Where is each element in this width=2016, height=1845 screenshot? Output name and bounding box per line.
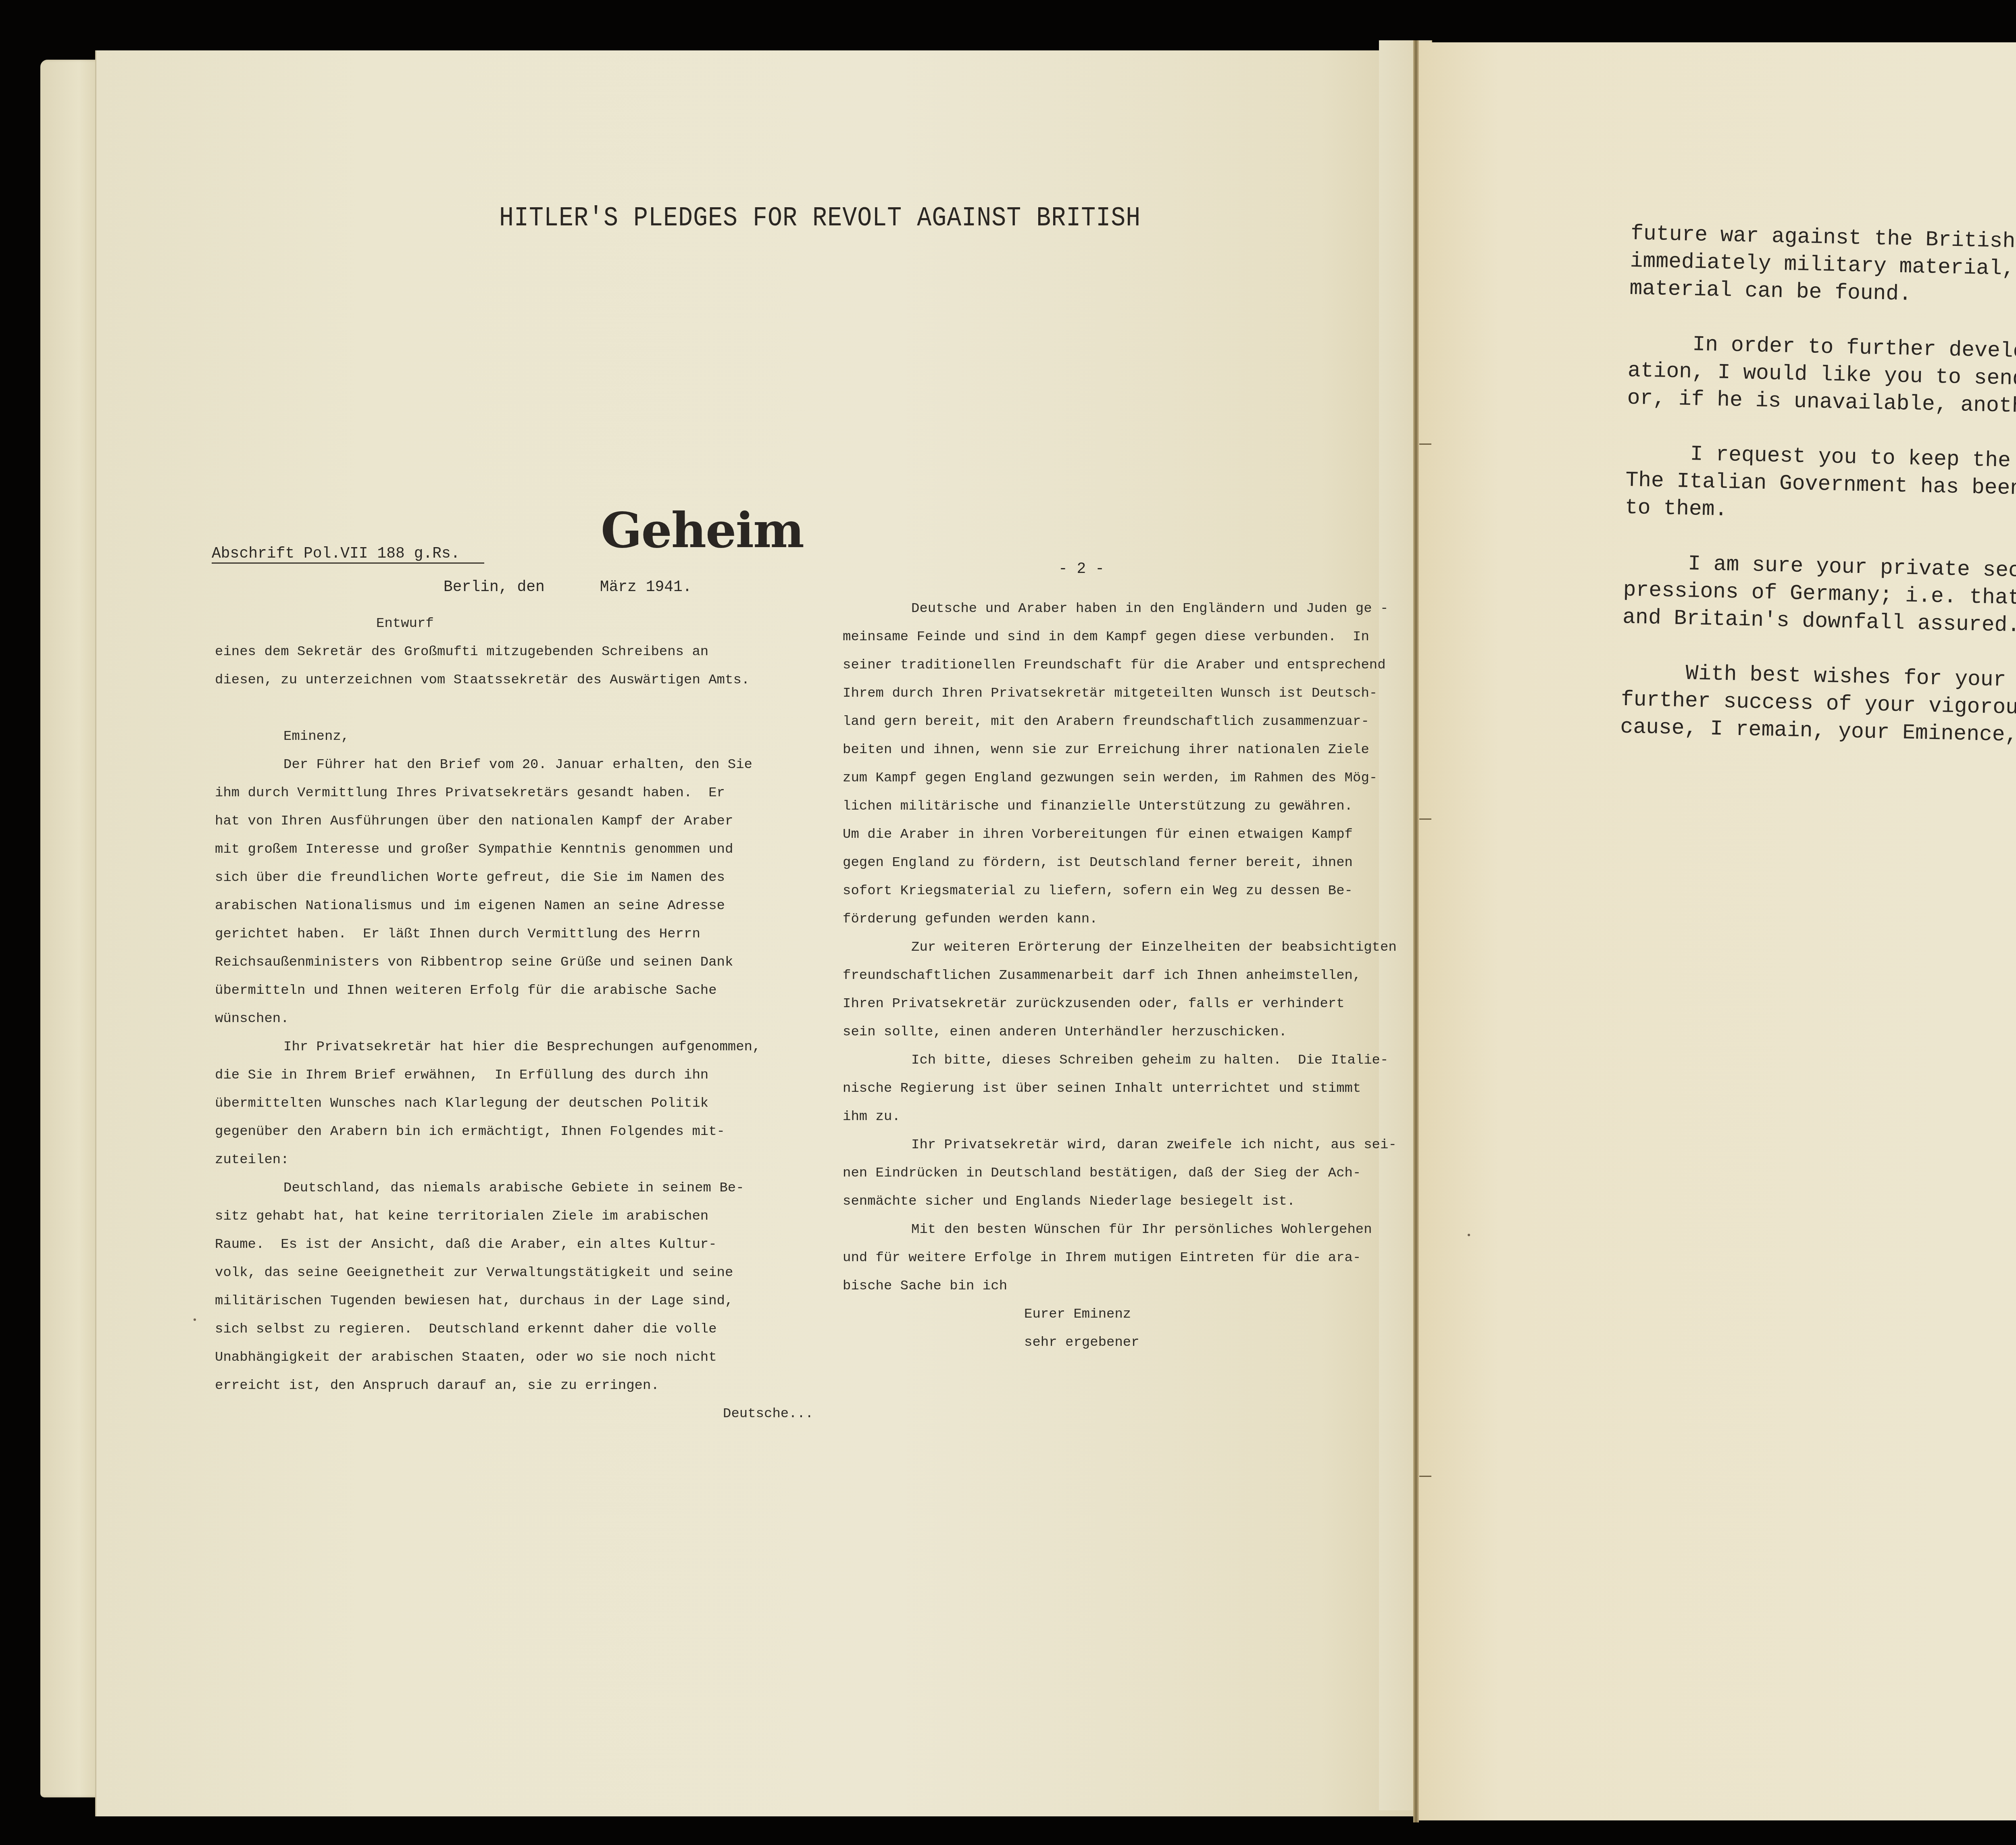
text-line: gegen England zu fördern, ist Deutschlan… — [843, 849, 1397, 877]
file-reference: Abschrift Pol.VII 188 g.Rs. — [212, 545, 484, 564]
text-line: seiner traditionellen Freundschaft für d… — [843, 651, 1397, 679]
text-line: militärischen Tugenden bewiesen hat, dur… — [215, 1287, 813, 1315]
text-line: Ihr Privatsekretär hat hier die Besprech… — [215, 1033, 813, 1061]
paragraph: I request you to keep the contents of th… — [1624, 439, 2016, 540]
paragraph: In order to further develop the details … — [1627, 329, 2016, 431]
catchword: Deutsche... — [215, 1400, 813, 1428]
paragraph: I am sure your private secretary will in… — [1622, 549, 2016, 650]
text-line: sein sollte, einen anderen Unterhändler … — [843, 1018, 1397, 1046]
text-line: Reichsaußenministers von Ribbentrop sein… — [215, 948, 813, 977]
text-line: sich über die freundlichen Worte gefreut… — [215, 864, 813, 892]
closing-line: Eurer Eminenz — [843, 1300, 1397, 1329]
text-line: Um die Araber in ihren Vorbereitungen fü… — [843, 820, 1397, 849]
paper-speck — [1468, 1234, 1470, 1236]
text-line: freundschaftlichen Zusammenarbeit darf i… — [843, 962, 1397, 990]
text-line: Mit den besten Wünschen für Ihr persönli… — [843, 1216, 1397, 1244]
gutter-mark — [1419, 444, 1431, 445]
text-line: diesen, zu unterzeichnen vom Staatssekre… — [215, 666, 813, 694]
gutter-mark — [1419, 818, 1431, 820]
text-line: die Sie in Ihrem Brief erwähnen, In Erfü… — [215, 1061, 813, 1089]
text-line: sofort Kriegsmaterial zu liefern, sofern… — [843, 877, 1397, 905]
gutter-mark — [1419, 1476, 1431, 1477]
text-line: wünschen. — [215, 1005, 813, 1033]
text-line: zuteilen: — [215, 1146, 813, 1174]
salutation: Eminenz, — [215, 723, 813, 751]
text-line: mit großem Interesse und großer Sympathi… — [215, 835, 813, 864]
closing-line: sehr ergebener — [843, 1329, 1397, 1357]
text-line: Zur weiteren Erörterung der Einzelheiten… — [843, 933, 1397, 962]
text-line: Der Führer hat den Brief vom 20. Januar … — [215, 751, 813, 779]
text-line: Deutsche und Araber haben in den Engländ… — [843, 595, 1397, 623]
text-line: Ich bitte, dieses Schreiben geheim zu ha… — [843, 1046, 1397, 1075]
german-text-column-2: Deutsche und Araber haben in den Engländ… — [843, 595, 1397, 1357]
english-translation: future war against the British, Germany … — [1620, 220, 2016, 787]
book-gutter — [1413, 40, 1419, 1822]
text-line: hat von Ihren Ausführungen über den nati… — [215, 807, 813, 835]
text-line: Ihr Privatsekretär wird, daran zweifele … — [843, 1131, 1397, 1159]
paragraph: With best wishes for your personal well-… — [1620, 658, 2016, 760]
document-title: HITLER'S PLEDGES FOR REVOLT AGAINST BRIT… — [499, 203, 1141, 234]
secret-stamp: Geheim — [601, 502, 804, 559]
text-line: nen Eindrücken in Deutschland bestätigen… — [843, 1159, 1397, 1187]
text-line — [215, 694, 813, 723]
text-line: förderung gefunden werden kann. — [843, 905, 1397, 933]
text-line: nische Regierung ist über seinen Inhalt … — [843, 1075, 1397, 1103]
text-line: und für weitere Erfolge in Ihrem mutigen… — [843, 1244, 1397, 1272]
text-line: beiten und ihnen, wenn sie zur Erreichun… — [843, 736, 1397, 764]
text-line: Raume. Es ist der Ansicht, daß die Arabe… — [215, 1231, 813, 1259]
text-line: volk, das seine Geeignetheit zur Verwalt… — [215, 1259, 813, 1287]
page-number: - 2 - — [1058, 560, 1104, 578]
paper-speck — [194, 1318, 196, 1321]
text-line: lichen militärische und finanzielle Unte… — [843, 792, 1397, 820]
text-line: ihm zu. — [843, 1103, 1397, 1131]
text-line: senmächte sicher und Englands Niederlage… — [843, 1187, 1397, 1216]
text-line: sitz gehabt hat, hat keine territorialen… — [215, 1202, 813, 1231]
text-line: sich selbst zu regieren. Deutschland erk… — [215, 1315, 813, 1343]
text-line: Deutschland, das niemals arabische Gebie… — [215, 1174, 813, 1202]
paragraph: future war against the British, Germany … — [1629, 220, 2016, 321]
text-line: erreicht ist, den Anspruch darauf an, si… — [215, 1372, 813, 1400]
text-line: Ihren Privatsekretär zurückzusenden oder… — [843, 990, 1397, 1018]
text-line: übermitteln und Ihnen weiteren Erfolg fü… — [215, 977, 813, 1005]
text-line: Ihrem durch Ihren Privatsekretär mitgete… — [843, 679, 1397, 708]
text-line: land gern bereit, mit den Arabern freund… — [843, 708, 1397, 736]
text-line: zum Kampf gegen England gezwungen sein w… — [843, 764, 1397, 792]
text-line: übermittelten Wunsches nach Klarlegung d… — [215, 1089, 813, 1118]
text-line: bische Sache bin ich — [843, 1272, 1397, 1300]
text-line: gegenüber den Arabern bin ich ermächtigt… — [215, 1118, 813, 1146]
text-line: arabischen Nationalismus und im eigenen … — [215, 892, 813, 920]
text-line: Unabhängigkeit der arabischen Staaten, o… — [215, 1343, 813, 1372]
place-date-line: Berlin, den März 1941. — [444, 579, 692, 596]
text-line: meinsame Feinde und sind in dem Kampf ge… — [843, 623, 1397, 651]
text-line: gerichtet haben. Er läßt Ihnen durch Ver… — [215, 920, 813, 948]
text-line: ihm durch Vermittlung Ihres Privatsekret… — [215, 779, 813, 807]
german-text-column-1: Entwurf eines dem Sekretär des Großmufti… — [215, 610, 813, 1428]
text-line: eines dem Sekretär des Großmufti mitzuge… — [215, 638, 813, 666]
draft-heading: Entwurf — [215, 610, 813, 638]
